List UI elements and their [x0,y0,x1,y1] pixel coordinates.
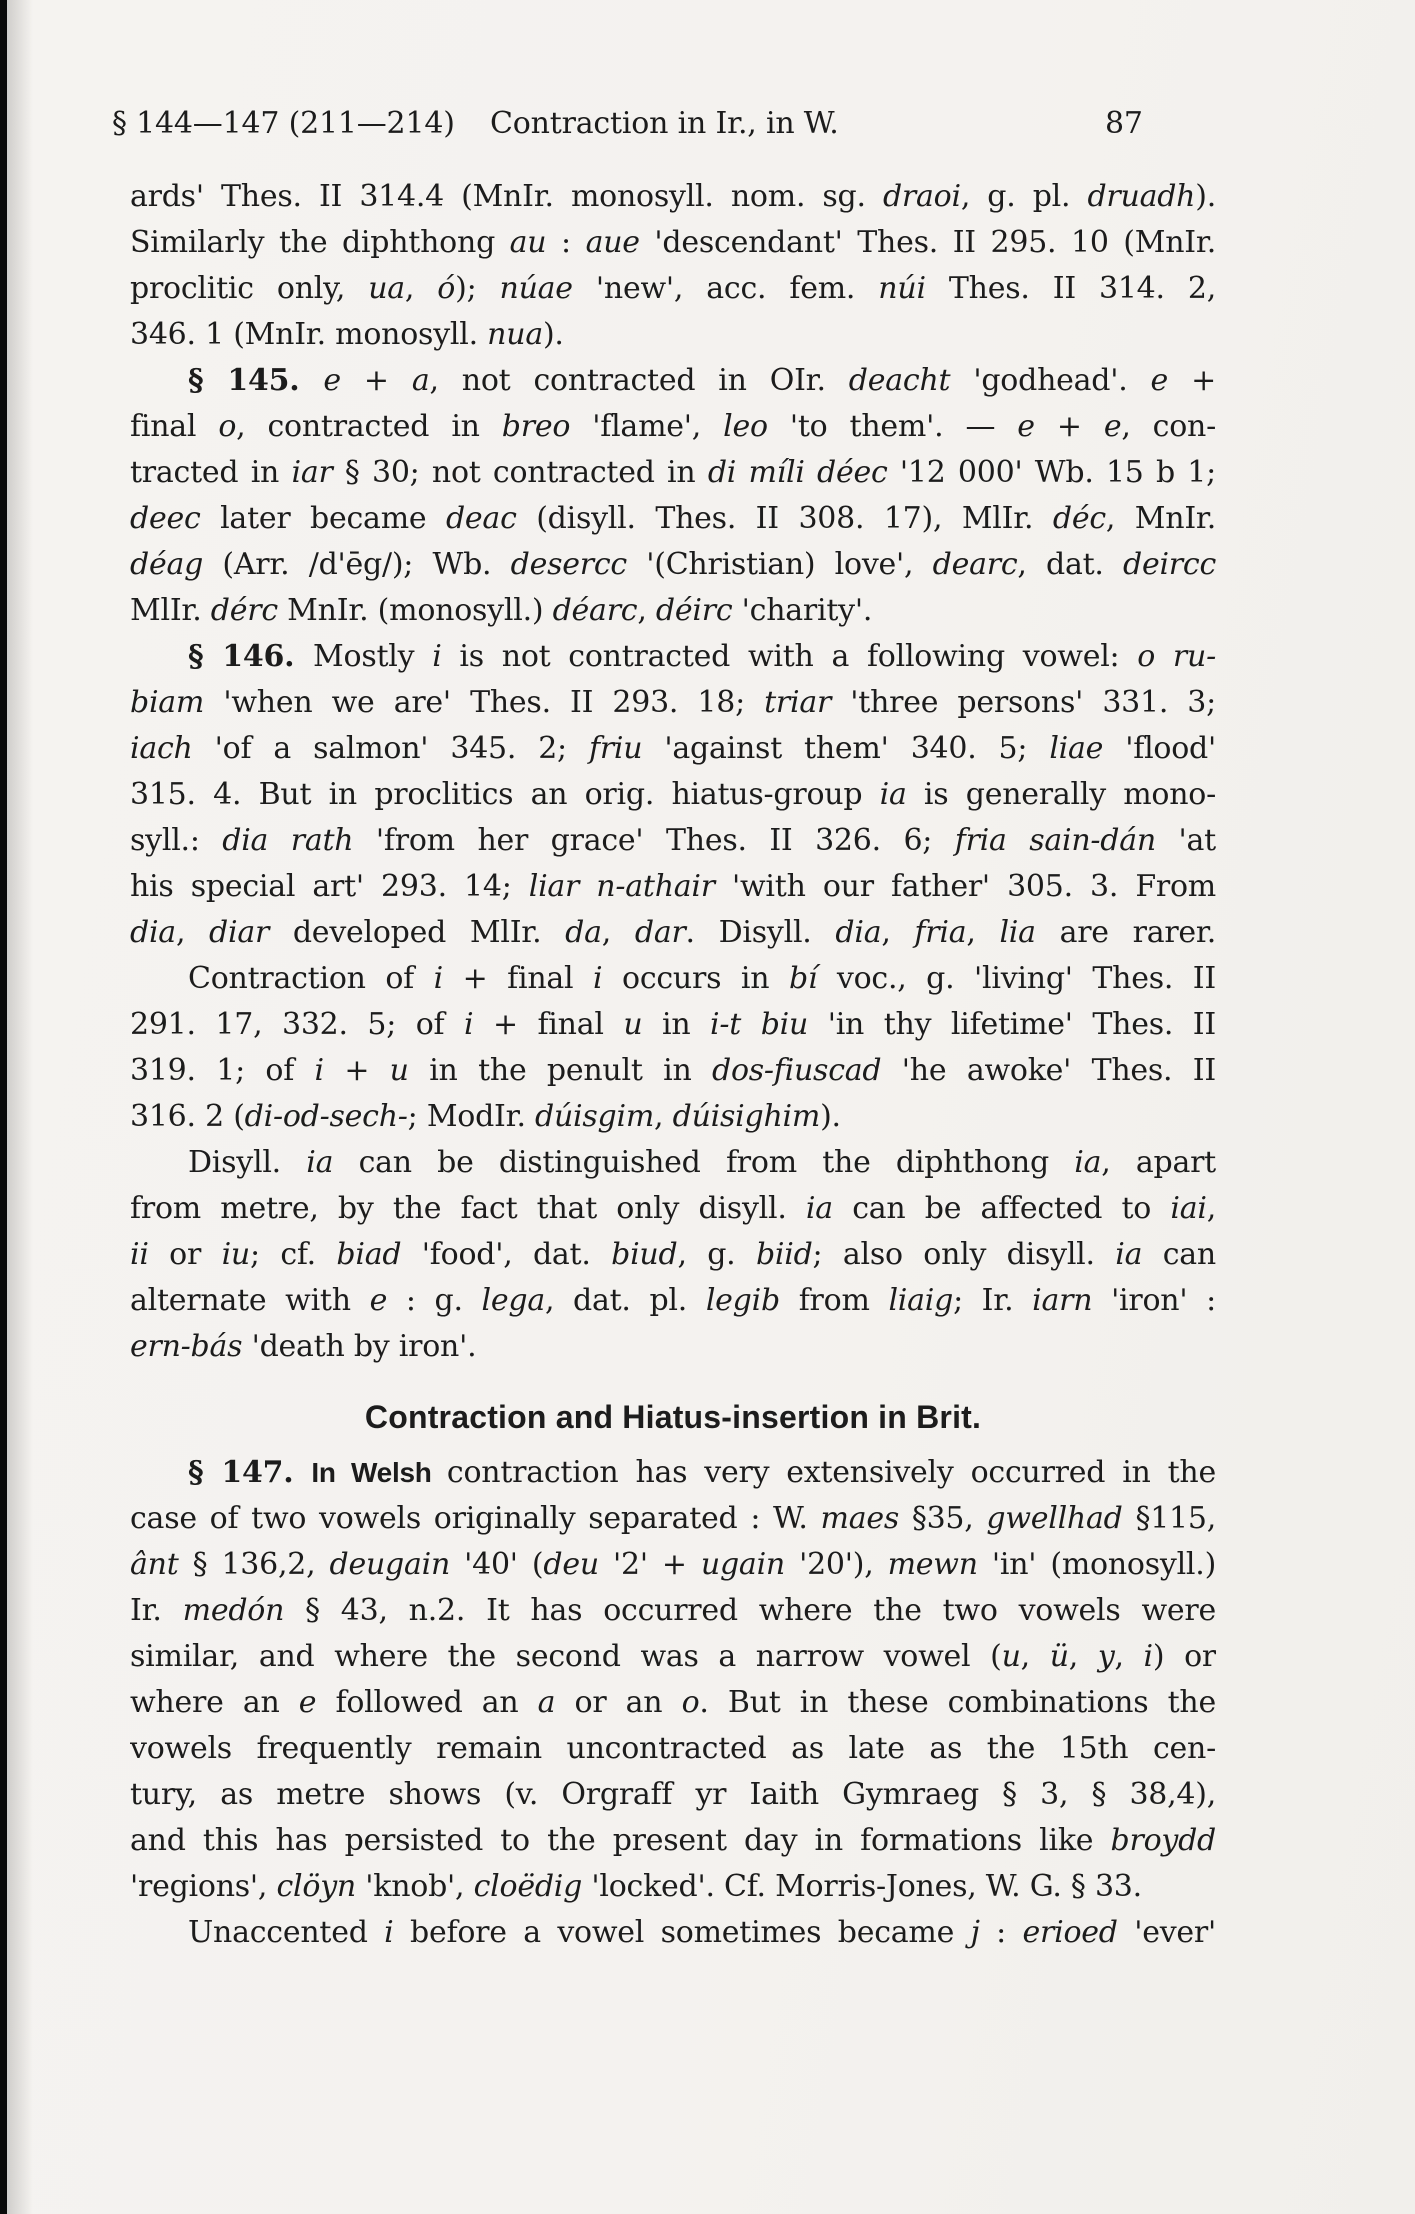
text-line: MlIr. dérc MnIr. (monosyll.) déarc, déir… [130,588,1216,634]
text-line: Unaccented i before a vowel sometimes be… [130,1910,1216,1956]
text-line: tury, as metre shows (v. Orgraff yr Iait… [130,1772,1216,1818]
text-line: Ir. medón § 43, n.2. It has occurred whe… [130,1588,1216,1634]
header-section-range: § 144—147 (211—214) [112,106,455,141]
header-running-title: Contraction in Ir., in W. [490,106,839,141]
text-line: Disyll. ia can be distinguished from the… [130,1140,1216,1186]
text-line: § 147. In Welsh contraction has very ext… [130,1450,1216,1496]
text-line: 291. 17, 332. 5; of i + final u in i-t b… [130,1002,1216,1048]
text-line: alternate with e : g. lega, dat. pl. leg… [130,1278,1216,1324]
text-line: Contraction of i + final i occurs in bí … [130,956,1216,1002]
text-column: ards' Thes. II 314.4 (MnIr. monosyll. no… [130,174,1216,1956]
text-line: Similarly the diphthong au : aue 'descen… [130,220,1216,266]
text-line: proclitic only, ua, ó); núae 'new', acc.… [130,266,1216,312]
text-line: vowels frequently remain uncontracted as… [130,1726,1216,1772]
text-line: deec later became deac (disyll. Thes. II… [130,496,1216,542]
text-line: syll.: dia rath 'from her grace' Thes. I… [130,818,1216,864]
text-line: ern-bás 'death by iron'. [130,1324,1216,1370]
text-line: 315. 4. But in proclitics an orig. hiatu… [130,772,1216,818]
running-header: § 144—147 (211—214) Contraction in Ir., … [130,106,1216,150]
text-line: déag (Arr. /d'ēg/); Wb. desercc '(Christ… [130,542,1216,588]
book-page-scan: § 144—147 (211—214) Contraction in Ir., … [0,0,1415,2214]
section-heading: Contraction and Hiatus-insertion in Brit… [130,1394,1216,1440]
text-line: where an e followed an a or an o. But in… [130,1680,1216,1726]
text-line: ii or iu; cf. biad 'food', dat. biud, g.… [130,1232,1216,1278]
text-line: his special art' 293. 14; liar n-athair … [130,864,1216,910]
text-line: 319. 1; of i + u in the penult in dos-fi… [130,1048,1216,1094]
text-line: 'regions', clöyn 'knob', cloëdig 'locked… [130,1864,1216,1910]
text-line: 316. 2 (di-od-sech-; ModIr. dúisgim, dúi… [130,1094,1216,1140]
text-line: and this has persisted to the present da… [130,1818,1216,1864]
text-line: ards' Thes. II 314.4 (MnIr. monosyll. no… [130,174,1216,220]
text-line: biam 'when we are' Thes. II 293. 18; tri… [130,680,1216,726]
scan-edge-shadow [7,0,33,2214]
text-line: iach 'of a salmon' 345. 2; friu 'against… [130,726,1216,772]
text-line: § 145. e + a, not contracted in OIr. dea… [130,358,1216,404]
text-line: similar, and where the second was a narr… [130,1634,1216,1680]
text-line: from metre, by the fact that only disyll… [130,1186,1216,1232]
text-line: 346. 1 (MnIr. monosyll. nua). [130,312,1216,358]
text-line: ânt § 136,2, deugain '40' (deu '2' + uga… [130,1542,1216,1588]
text-line: § 146. Mostly i is not contracted with a… [130,634,1216,680]
header-page-number: 87 [1105,106,1143,141]
scan-edge-strip [0,0,7,2214]
text-line: dia, diar developed MlIr. da, dar. Disyl… [130,910,1216,956]
text-line: tracted in iar § 30; not contracted in d… [130,450,1216,496]
text-line: final o, contracted in breo 'flame', leo… [130,404,1216,450]
text-line: case of two vowels originally separated … [130,1496,1216,1542]
